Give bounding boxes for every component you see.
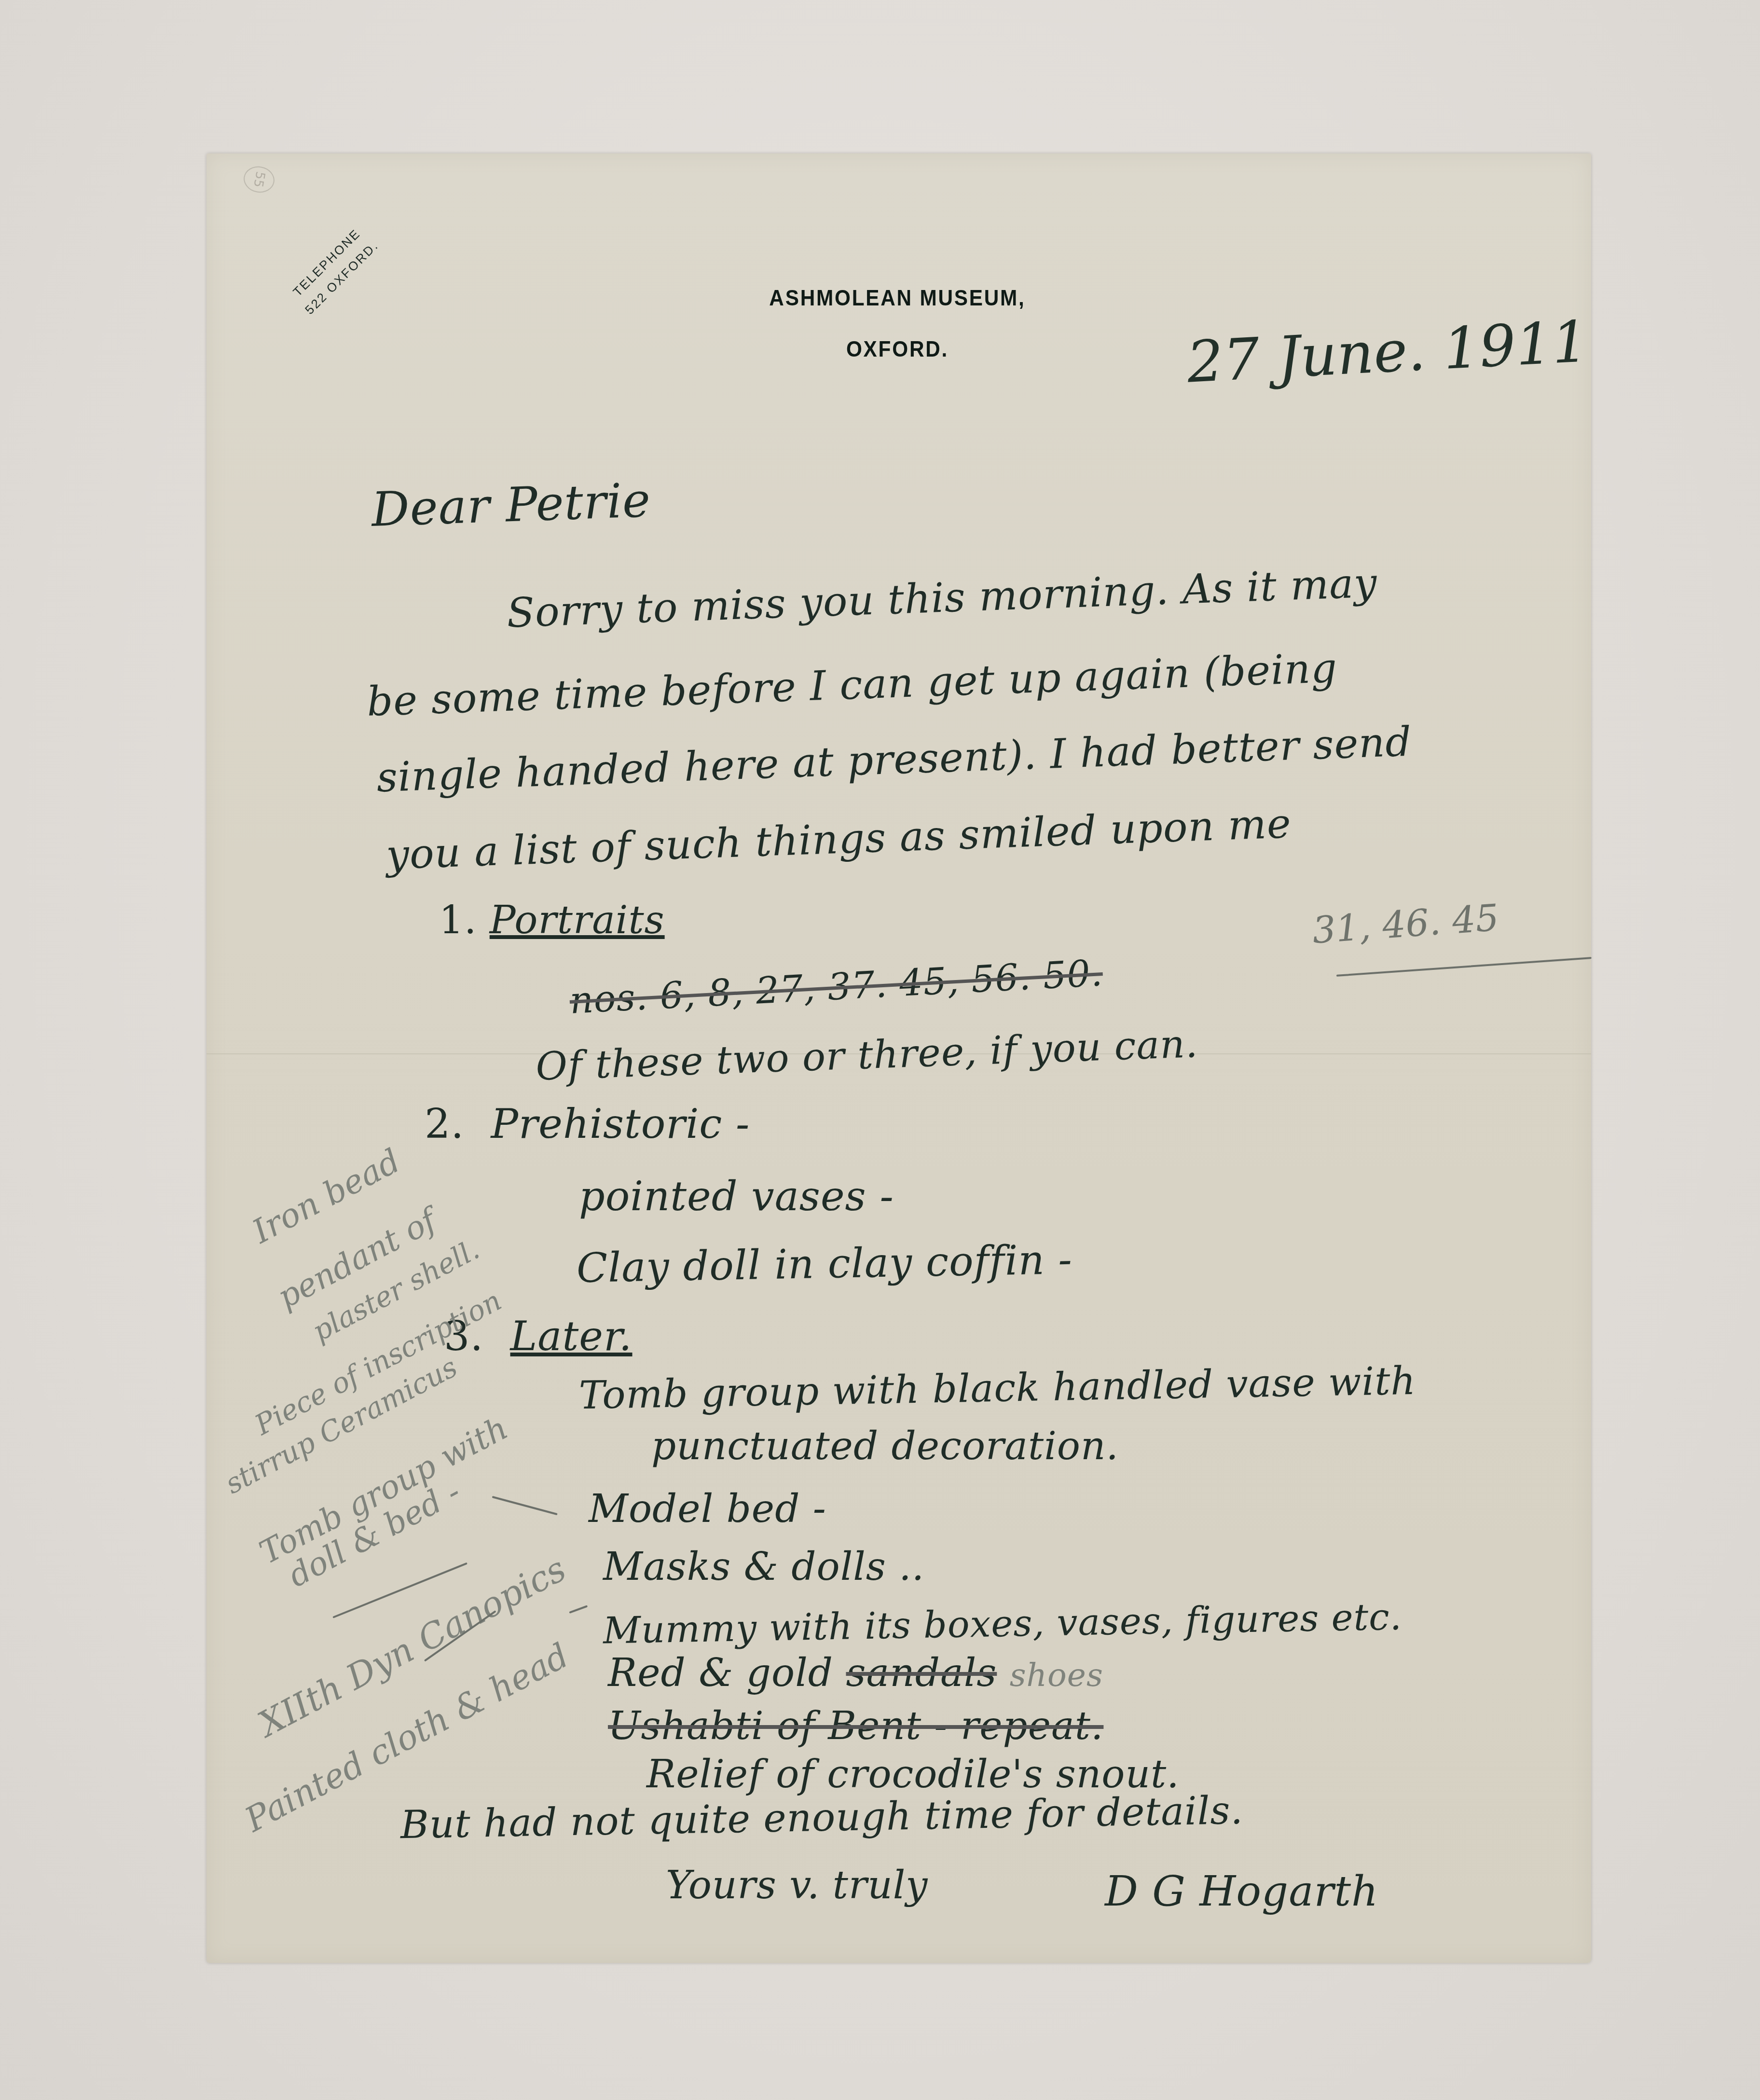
list-item-1: 1. Portraits [439, 898, 665, 942]
list-item-3-line-2: punctuated decoration. [651, 1423, 1119, 1468]
item-text: Red & gold [608, 1650, 833, 1695]
list-item-3-line-4: Masks & dolls .. [603, 1544, 924, 1589]
valediction: Yours v. truly [666, 1863, 928, 1907]
list-item-2: 2. Prehistoric - [425, 1100, 750, 1147]
list-heading: Portraits [490, 898, 665, 942]
salutation: Dear Petrie [371, 473, 652, 538]
list-heading: Later. [510, 1312, 632, 1360]
list-item-3-line-7: Ushabti of Bent - repeat. [608, 1703, 1103, 1748]
list-item-3-line-3: Model bed - [589, 1486, 826, 1531]
list-number: 2. [425, 1100, 464, 1147]
letterhead: ASHMOLEAN MUSEUM, OXFORD. [700, 285, 1095, 362]
list-item-3-line-6: Red & gold sandals shoes [608, 1650, 1103, 1695]
signature: D G Hogarth [1105, 1867, 1378, 1916]
list-number: 1. [439, 898, 477, 942]
list-item-2-line-2: Clay doll in clay coffin - [576, 1236, 1072, 1292]
institution-name: ASHMOLEAN MUSEUM, [715, 285, 1079, 311]
list-item-2-line-1: pointed vases - [579, 1173, 894, 1220]
list-heading: Prehistoric - [491, 1100, 750, 1147]
institution-city: OXFORD. [715, 336, 1079, 362]
struck-word: sandals [846, 1650, 997, 1695]
pencil-correction: shoes [1010, 1657, 1103, 1694]
